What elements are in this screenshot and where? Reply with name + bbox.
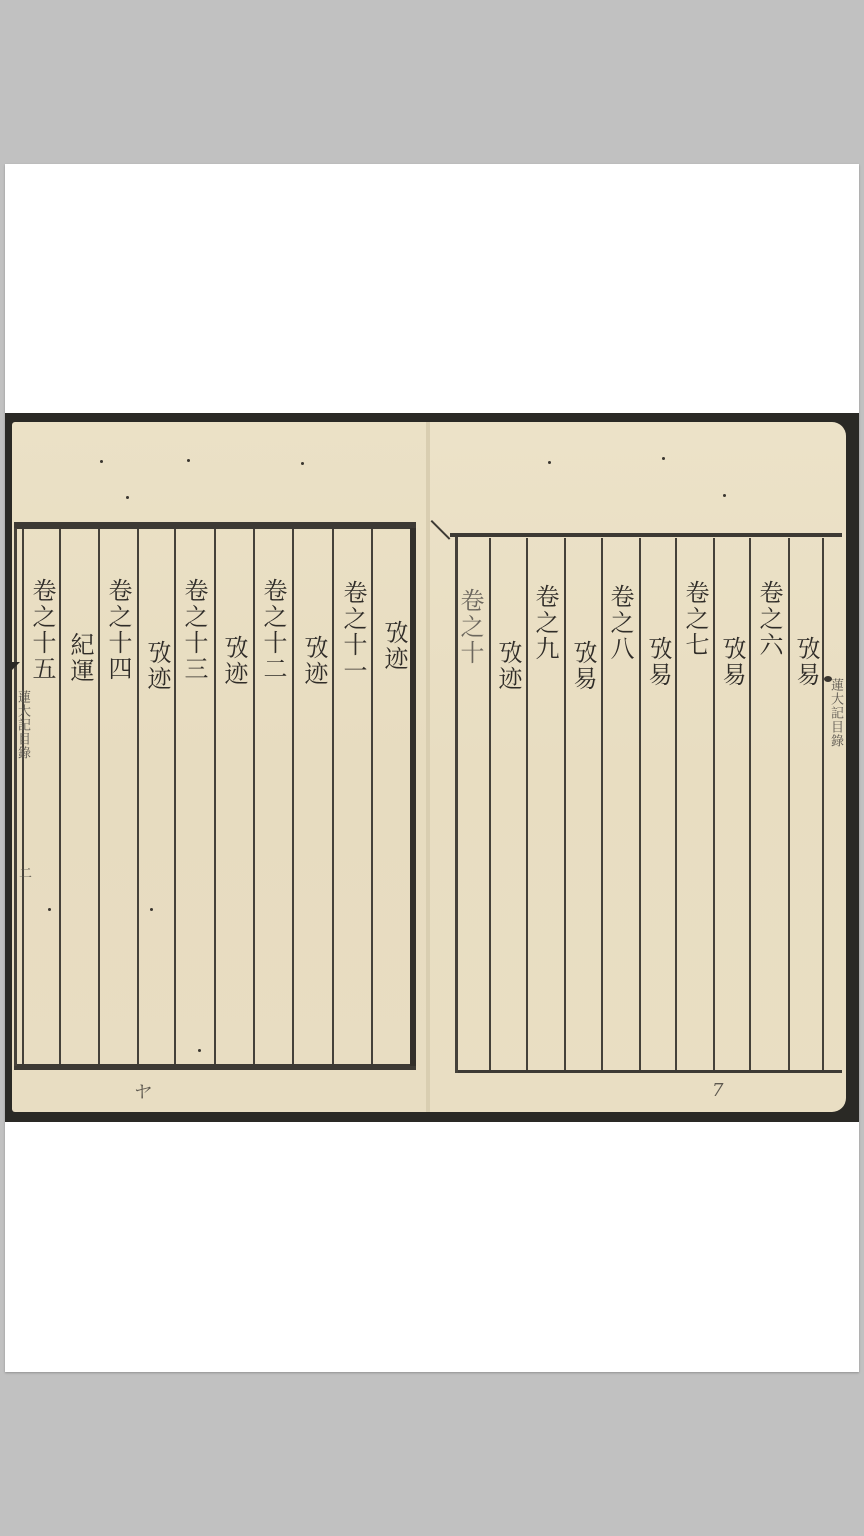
right-col-2: 卷之六 <box>755 580 783 658</box>
left-col-7: 攷迹 <box>143 640 171 692</box>
right-column-rule <box>564 538 566 1070</box>
left-column-rule <box>332 529 334 1064</box>
right-column-rule <box>601 538 603 1070</box>
paper-speck <box>187 459 190 462</box>
left-column-rule <box>59 529 61 1064</box>
left-frame-right-border <box>410 528 416 1066</box>
paper-speck <box>150 908 153 911</box>
left-column-rule <box>371 529 373 1064</box>
left-fishtail-mark <box>10 662 20 672</box>
right-col-4: 卷之七 <box>681 580 709 658</box>
right-col-10: 卷之十 <box>456 588 484 666</box>
right-page <box>430 422 846 1112</box>
paper-speck <box>198 1049 201 1052</box>
paper-speck <box>662 457 665 460</box>
paper-speck <box>301 462 304 465</box>
left-column-rule <box>137 529 139 1064</box>
right-column-rule <box>526 538 528 1070</box>
right-column-rule <box>822 538 824 1070</box>
left-col-10: 卷之十五 <box>28 578 56 682</box>
right-column-rule <box>639 538 641 1070</box>
left-col-9: 紀運 <box>66 632 94 684</box>
right-column-rule <box>713 538 715 1070</box>
right-col-1: 攷易 <box>792 636 820 688</box>
left-frame-left-border <box>14 528 17 1066</box>
right-column-rule <box>675 538 677 1070</box>
right-frame-bottom-border <box>456 1070 842 1073</box>
paper-speck <box>723 494 726 497</box>
right-frame-top-border <box>450 533 842 537</box>
paper-speck <box>100 460 103 463</box>
right-folio-mark: 7 <box>712 1080 723 1101</box>
left-column-rule <box>174 529 176 1064</box>
right-col-7: 攷易 <box>569 640 597 692</box>
right-column-rule <box>489 538 491 1070</box>
paper-speck <box>126 496 129 499</box>
left-col-4: 卷之十二 <box>259 578 287 682</box>
left-folio-mark: ヤ <box>132 1078 150 1104</box>
left-col-6: 卷之十三 <box>180 578 208 682</box>
left-column-rule <box>253 529 255 1064</box>
left-col-3: 攷迹 <box>300 635 328 687</box>
left-fold-page-number: 二 <box>14 866 33 880</box>
left-fold-margin-text: 蓮大記目錄 <box>13 690 32 760</box>
left-col-5: 攷迹 <box>220 635 248 687</box>
right-col-8: 卷之九 <box>531 584 559 662</box>
right-fold-margin-text: 蓮大記目錄 <box>826 678 845 748</box>
left-col-8: 卷之十四 <box>104 578 132 682</box>
paper-speck <box>548 461 551 464</box>
right-col-6: 卷之八 <box>606 584 634 662</box>
left-col-2: 卷之十一 <box>339 580 367 684</box>
left-column-rule <box>98 529 100 1064</box>
paper-speck <box>48 908 51 911</box>
right-column-rule <box>788 538 790 1070</box>
right-fishtail-mark <box>824 676 832 682</box>
right-col-9: 攷迹 <box>494 640 522 692</box>
left-column-rule <box>292 529 294 1064</box>
right-col-5: 攷易 <box>644 636 672 688</box>
left-column-rule <box>22 529 24 1064</box>
right-col-3: 攷易 <box>718 636 746 688</box>
left-col-1: 攷迹 <box>380 620 408 672</box>
left-frame-bottom-border <box>14 1064 416 1070</box>
left-frame-top-border <box>14 522 416 529</box>
right-column-rule <box>749 538 751 1070</box>
left-column-rule <box>214 529 216 1064</box>
